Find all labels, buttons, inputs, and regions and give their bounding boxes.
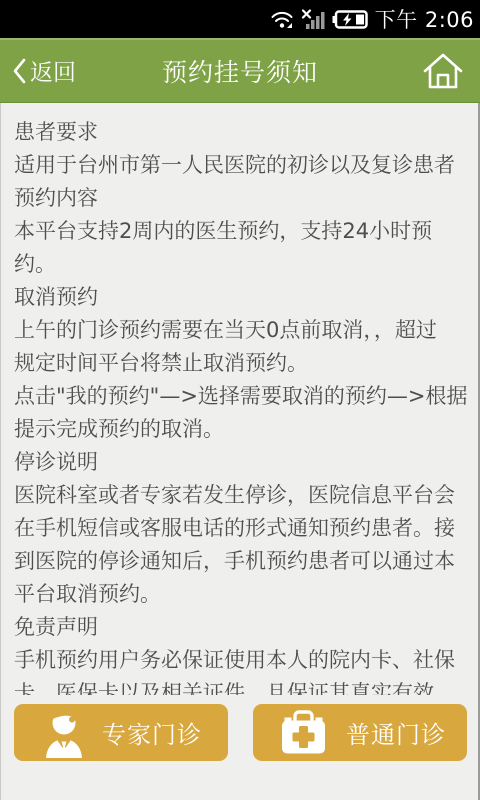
general-clinic-button[interactable]: 普通门诊: [253, 704, 467, 761]
notice-line: 医院科室或者专家若发生停诊，医院信息平台会: [14, 479, 468, 512]
home-button[interactable]: [422, 52, 464, 94]
notice-line: 手机预约用户务必保证使用本人的院内卡、社保: [14, 644, 468, 677]
notice-line: 停诊说明: [14, 446, 468, 479]
wifi-icon: [270, 10, 294, 29]
back-button[interactable]: 返回: [12, 38, 76, 103]
notice-line: 约。: [14, 248, 468, 281]
first-aid-kit-icon: [280, 710, 327, 756]
notice-line: 到医院的停诊通知后，手机预约患者可以通过本: [14, 545, 468, 578]
app-screen: 下午 2:06 返回 预约挂号须知 患者要求 适用于台州市第一人民医院的初诊以及…: [0, 0, 480, 800]
notice-line: 本平台支持2周内的医生预约，支持24小时预: [14, 215, 468, 248]
back-chevron-icon: [12, 58, 26, 84]
notice-line: 上午的门诊预约需要在当天0点前取消，，超过: [14, 314, 468, 347]
notice-line: 患者要求: [14, 116, 468, 149]
notice-line: 免责声明: [14, 611, 468, 644]
notice-line: 适用于台州市第一人民医院的初诊以及复诊患者: [14, 149, 468, 182]
notice-line: 平台取消预约。: [14, 578, 468, 611]
home-icon: [422, 52, 464, 90]
expert-clinic-label: 专家门诊: [102, 715, 202, 750]
battery-charging-icon: [332, 10, 368, 29]
notice-line: 在手机短信或客服电话的形式通知预约患者。接: [14, 512, 468, 545]
notice-line: 预约内容: [14, 182, 468, 215]
header: 返回 预约挂号须知: [0, 38, 480, 103]
notice-line: 点击"我的预约"—>选择需要取消的预约—>根据: [14, 380, 468, 413]
clock-time: 下午 2:06: [375, 4, 474, 34]
notice-line: 规定时间平台将禁止取消预约。: [14, 347, 468, 380]
general-clinic-label: 普通门诊: [346, 715, 446, 750]
notice-line: 取消预约: [14, 281, 468, 314]
signal-no-sim-icon: [301, 9, 325, 29]
notice-line: 提示完成预约的取消。: [14, 413, 468, 446]
expert-clinic-button[interactable]: 专家门诊: [14, 704, 228, 761]
footer-bar: 专家门诊 普通门诊: [0, 695, 480, 800]
doctor-icon: [45, 708, 83, 758]
back-button-label: 返回: [30, 54, 76, 87]
status-bar: 下午 2:06: [0, 0, 480, 38]
